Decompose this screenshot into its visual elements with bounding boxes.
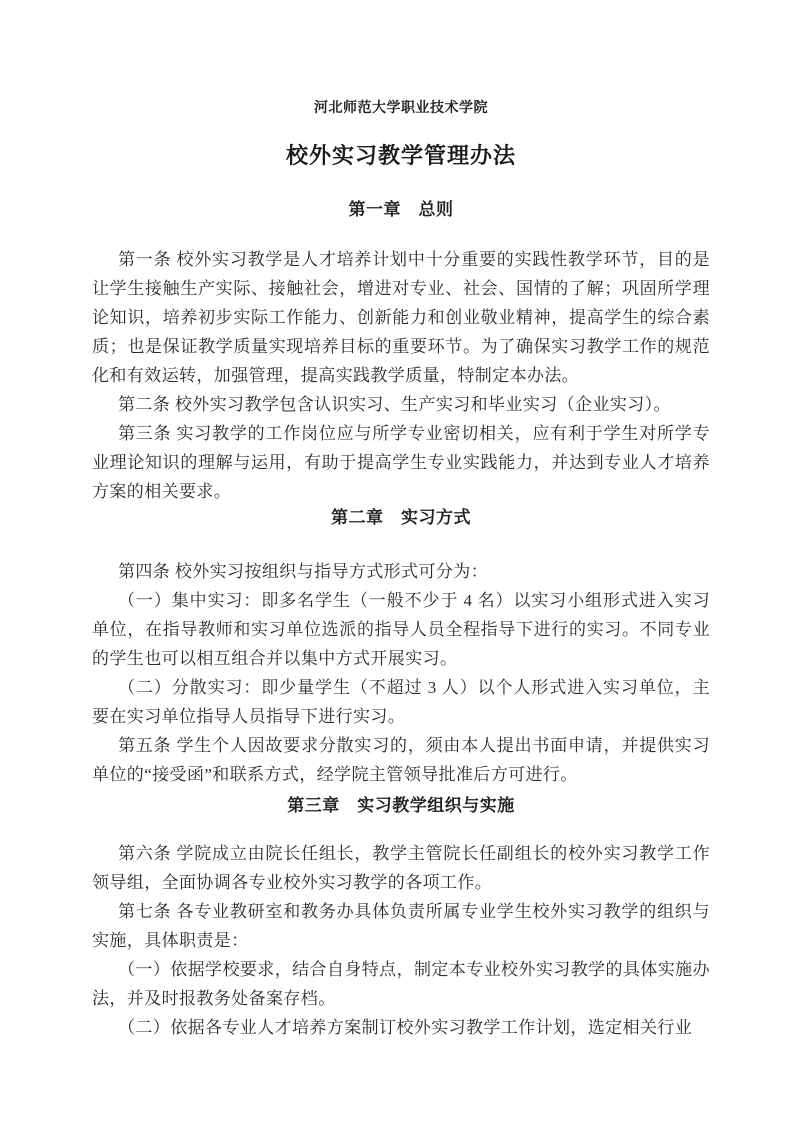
paragraph-item-1-2: （二）分散实习：即少量学生（不超过 3 人）以个人形式进入实习单位，主要在实习单…	[92, 673, 710, 731]
paragraph-article-7: 第七条 各专业教研室和教务办具体负责所属专业学生校外实习教学的组织与实施，具体职…	[92, 897, 710, 955]
chapter-2-heading: 第二章 实习方式	[92, 505, 710, 531]
paragraph-item-2-1: （一）依据学校要求，结合自身特点，制定本专业校外实习教学的具体实施办法，并及时报…	[92, 955, 710, 1013]
document-title: 校外实习教学管理办法	[92, 141, 710, 171]
document-header: 河北师范大学职业技术学院	[92, 97, 710, 117]
document-page: 河北师范大学职业技术学院 校外实习教学管理办法 第一章 总则 第一条 校外实习教…	[0, 0, 800, 1132]
paragraph-article-4: 第四条 校外实习按组织与指导方式形式可分为：	[92, 557, 710, 586]
paragraph-article-2: 第二条 校外实习教学包含认识实习、生产实习和毕业实习（企业实习）。	[92, 390, 710, 419]
paragraph-item-2-2: （二）依据各专业人才培养方案制订校外实习教学工作计划，选定相关行业	[92, 1013, 710, 1042]
chapter-1-heading: 第一章 总则	[92, 197, 710, 223]
paragraph-article-6: 第六条 学院成立由院长任组长，教学主管院长任副组长的校外实习教学工作领导组，全面…	[92, 839, 710, 897]
chapter-3-heading: 第三章 实习教学组织与实施	[92, 793, 710, 819]
paragraph-article-5: 第五条 学生个人因故要求分散实习的，须由本人提出书面申请，并提供实习单位的“接受…	[92, 731, 710, 789]
paragraph-item-1-1: （一）集中实习：即多名学生（一般不少于 4 名）以实习小组形式进入实习单位，在指…	[92, 586, 710, 673]
paragraph-article-1: 第一条 校外实习教学是人才培养计划中十分重要的实践性教学环节，目的是让学生接触生…	[92, 245, 710, 390]
paragraph-article-3: 第三条 实习教学的工作岗位应与所学专业密切相关，应有利于学生对所学专业理论知识的…	[92, 419, 710, 506]
